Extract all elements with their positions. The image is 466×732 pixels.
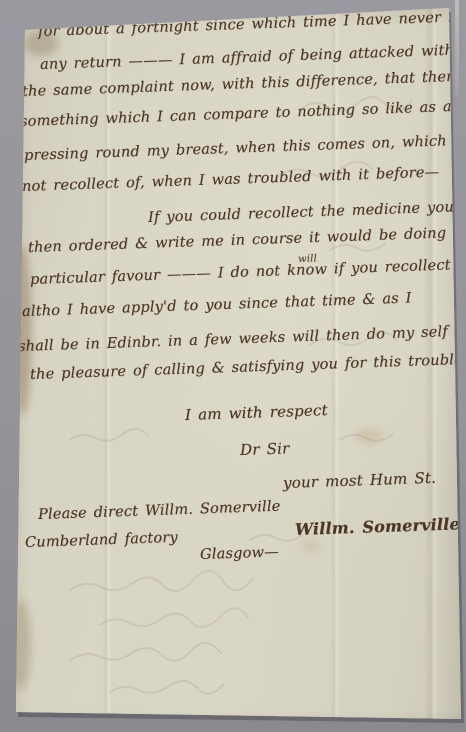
adjacent-page-edge — [455, 0, 459, 95]
letter-paper: for about a fortnight since which time I… — [0, 0, 466, 732]
direction-place: Glasgow— — [200, 542, 279, 565]
scanned-letter-page: for about a fortnight since which time I… — [0, 0, 466, 732]
closing-salutation: Dr Sir — [240, 438, 290, 460]
